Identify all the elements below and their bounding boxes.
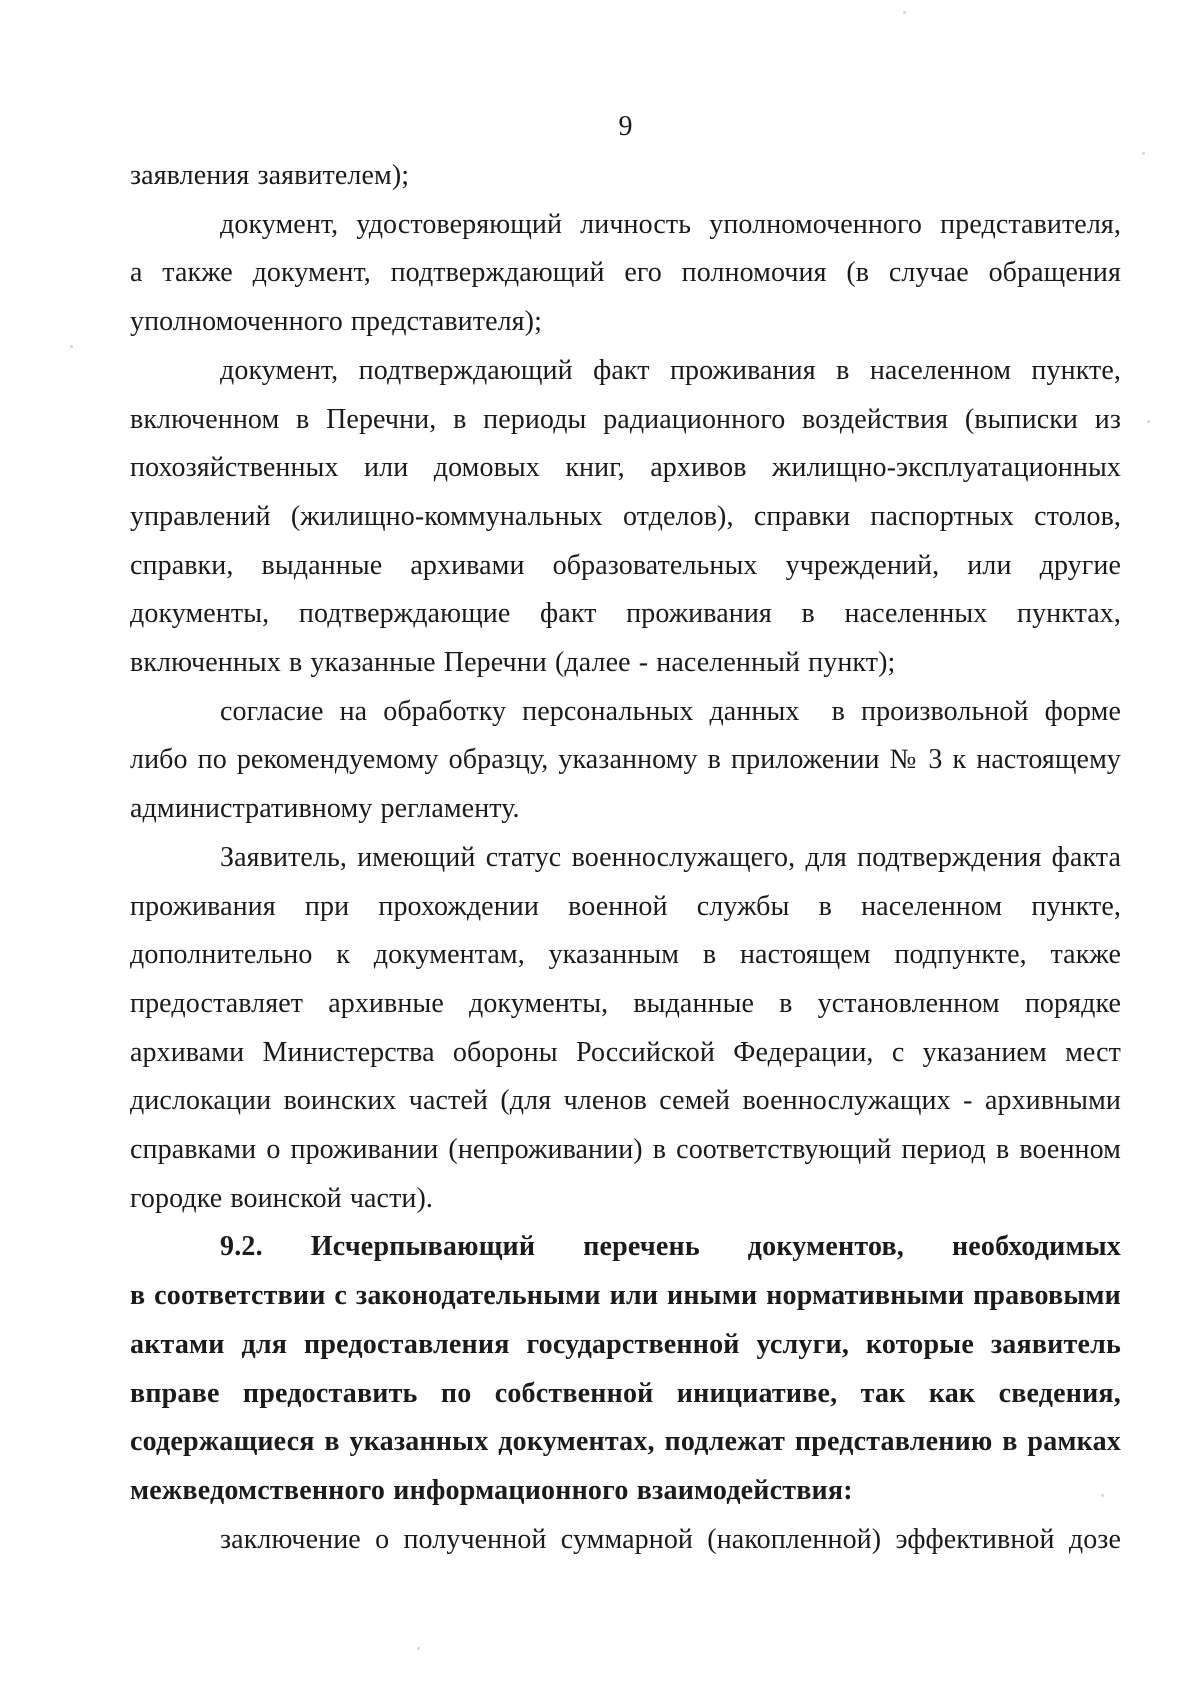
scan-speck xyxy=(1147,420,1150,423)
scan-speck xyxy=(417,1647,420,1650)
page-number: 9 xyxy=(130,110,1121,144)
paragraph: заявления заявителем); xyxy=(130,152,1121,201)
paragraph: Заявитель, имеющий статус военнослужащег… xyxy=(130,834,1121,1224)
scan-speck xyxy=(1142,152,1145,155)
document-body: заявления заявителем);документ, удостове… xyxy=(130,152,1121,1564)
paragraph: документ, удостоверяющий личность уполно… xyxy=(130,201,1121,347)
paragraph: 9.2. Исчерпывающий перечень документов, … xyxy=(130,1223,1121,1515)
paragraph: документ, подтверждающий факт проживания… xyxy=(130,347,1121,688)
scan-speck xyxy=(903,11,906,14)
scan-speck xyxy=(1101,1494,1104,1497)
paragraph: согласие на обработку персональных данны… xyxy=(130,688,1121,834)
document-page: 9 заявления заявителем);документ, удосто… xyxy=(0,0,1200,1685)
paragraph: заключение о полученной суммарной (накоп… xyxy=(130,1516,1121,1565)
scan-speck xyxy=(70,345,73,348)
